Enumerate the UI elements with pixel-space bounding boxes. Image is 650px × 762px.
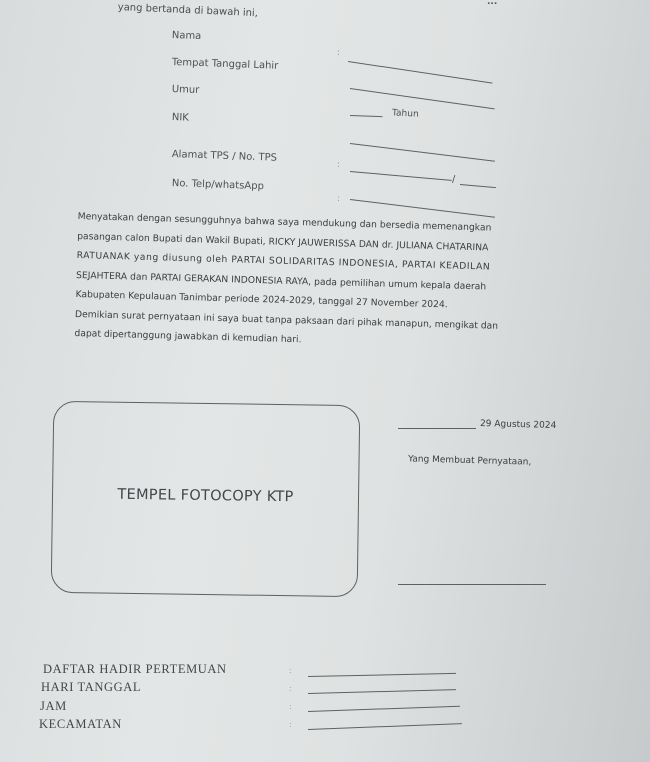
colon: : — [337, 48, 340, 58]
attendance-label-time: JAM — [40, 699, 67, 714]
colon: : — [289, 666, 292, 675]
corner-mark: ... — [487, 0, 497, 7]
signature-line[interactable] — [398, 584, 546, 585]
field-line-tps-address[interactable] — [350, 171, 452, 181]
field-line-nama[interactable] — [348, 61, 493, 84]
signature-date: 29 Agustus 2024 — [480, 419, 557, 431]
colon: : — [289, 684, 292, 693]
field-line-nik[interactable] — [350, 143, 495, 162]
field-line-birth[interactable] — [350, 88, 495, 109]
statement-form-page: yang bertanda di bawah ini, ... Nama Tem… — [0, 0, 650, 762]
field-label-tps: Alamat TPS / No. TPS — [172, 149, 278, 164]
attendance-line-meeting[interactable] — [308, 673, 456, 677]
attendance-line-date[interactable] — [308, 689, 456, 694]
colon: : — [289, 702, 292, 711]
colon: : — [337, 194, 340, 204]
field-label-umur: Umur — [172, 84, 200, 96]
maker-label: Yang Membuat Pernyataan, — [408, 454, 532, 467]
attendance-label-district: KECAMATAN — [39, 717, 122, 732]
suffix-tahun: Tahun — [392, 108, 419, 119]
ktp-box-label: TEMPEL FOTOCOPY KTP — [53, 486, 358, 506]
field-label-nama: Nama — [172, 30, 202, 42]
place-line[interactable] — [398, 428, 476, 429]
attendance-label-date: HARI TANGGAL — [41, 680, 141, 695]
field-label-nik: NIK — [172, 112, 189, 124]
field-label-phone: No. Telp/whatsApp — [172, 178, 264, 192]
field-line-umur[interactable] — [350, 115, 383, 117]
field-line-tps-number[interactable] — [460, 184, 496, 188]
field-label-birth: Tempat Tanggal Lahir — [172, 57, 279, 72]
intro-text: yang bertanda di bawah ini, — [118, 2, 259, 19]
attendance-line-district[interactable] — [308, 723, 462, 730]
tps-separator: / — [452, 174, 455, 185]
colon: : — [289, 720, 292, 729]
ktp-photocopy-box: TEMPEL FOTOCOPY KTP — [51, 401, 361, 597]
attendance-label-meeting: DAFTAR HADIR PERTEMUAN — [43, 662, 227, 677]
colon: : — [337, 160, 340, 170]
statement-paragraph: Menyatakan dengan sesungguhnya bahwa say… — [74, 207, 578, 357]
attendance-line-time[interactable] — [308, 706, 460, 712]
